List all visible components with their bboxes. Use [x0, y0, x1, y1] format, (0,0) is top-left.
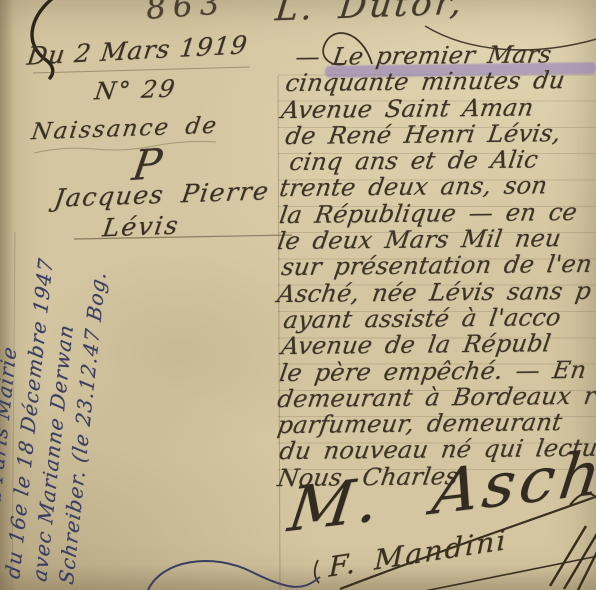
act-body-text: — Le premier Mars cinquante minutes du A…: [280, 42, 596, 489]
margin-heading-naissance: Naissance de: [30, 113, 220, 145]
margin-act-number: N° 29: [93, 75, 179, 106]
previous-act-signature: L. Dutor,: [273, 0, 466, 29]
act-line: Avenue de la Républ: [280, 329, 596, 359]
comma-stroke: [315, 560, 319, 583]
margin-child-firstnames: Jacques Pierre: [52, 176, 271, 212]
bottom-blue-flourish: [148, 561, 320, 590]
signature-paraph-hash: [550, 526, 596, 590]
margin-date-line: Du 2 Mars 1919: [25, 30, 249, 70]
marginal-marriage-note: Marié à Paris Mairie du 16e le 18 Décemb…: [8, 236, 128, 588]
civil-register-page: 863 L. Dutor, Du 2 Mars 1919 N° 29 Naiss…: [0, 0, 596, 590]
act-line: sur présentation de l'en: [280, 250, 596, 280]
act-line: cinquante minutes du: [284, 66, 596, 96]
act-line: cinq ans et de Alic: [288, 145, 596, 175]
act-line: trente deux ans, son: [278, 171, 596, 201]
act-line: de René Henri Lévis,: [284, 119, 596, 149]
cut-off-act-number: 863: [145, 0, 227, 27]
